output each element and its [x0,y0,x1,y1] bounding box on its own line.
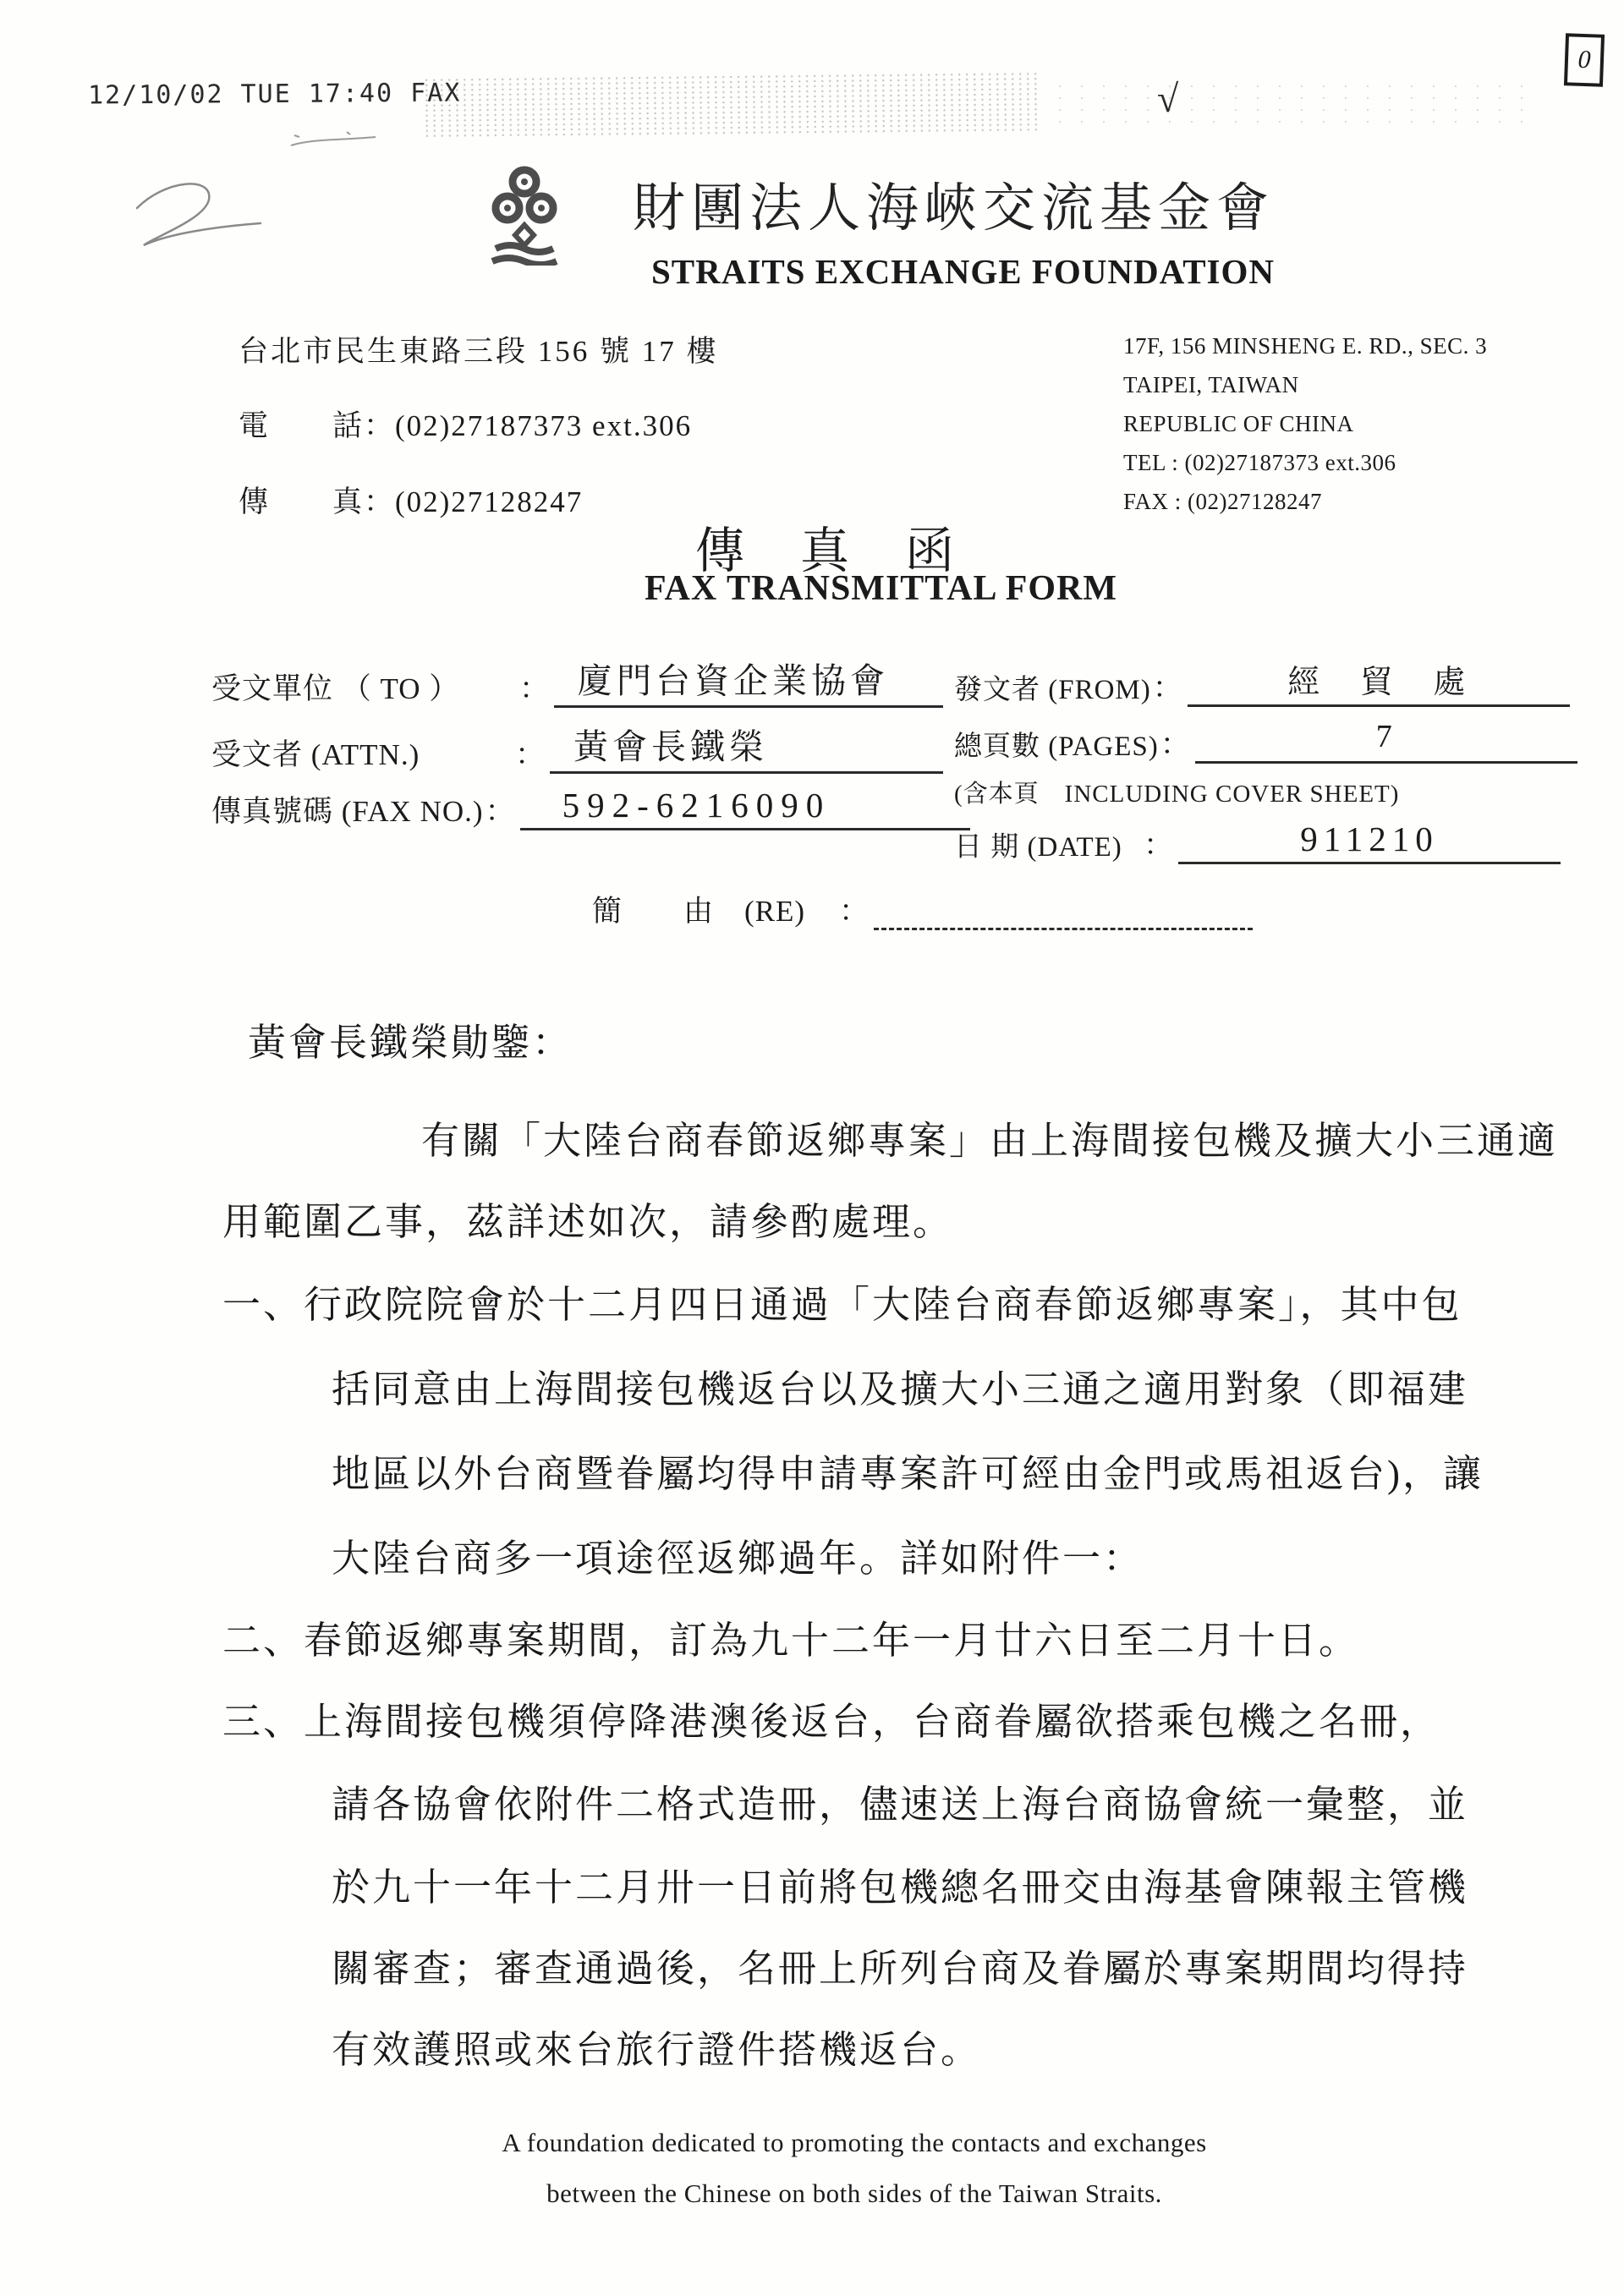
address-english-block: 17F, 156 MINSHENG E. RD., SEC. 3 TAIPEI,… [1123,326,1487,521]
pages-note: (含本頁 INCLUDING COVER SHEET) [954,775,1399,809]
org-name-chinese: 財團法人海峽交流基金會 [633,166,1275,241]
field-re-label: 簡 由 (RE) [592,888,837,930]
footer-motto-line2: between the Chinese on both sides of the… [51,2178,1624,2209]
body-line: 於九十一年十二月卅一日前將包機總名冊交由海基會陳報主管機 [332,1856,1468,1911]
field-to-colon: ： [518,666,554,708]
field-to-value: 廈門台資企業協會 [554,653,943,708]
scan-noise-specks [1049,80,1522,131]
field-date-value: 911210 [1178,819,1561,864]
field-attn-label: 受文者 (ATTN.) [211,732,513,774]
field-attn-value: 黃會長鐵榮 [550,719,943,774]
field-date: 日 期 (DATE) ： 911210 [954,819,1561,864]
field-pages-value: 7 [1195,718,1577,764]
field-pages: 總頁數 (PAGES) ： 7 [954,718,1577,764]
body-line: 有關「大陸台商春節返鄉專案」由上海間接包機及擴大小三通適 [421,1110,1558,1164]
field-attn-colon: ： [513,732,550,774]
salutation: 黃會長鐵榮勛鑒： [248,1011,573,1066]
field-date-colon: ： [1142,822,1178,864]
page-indicator-box: 0 [1564,33,1605,87]
field-attn: 受文者 (ATTN.) ： 黃會長鐵榮 [211,719,943,774]
field-from-value: 經 貿 處 [1188,655,1570,707]
field-re-colon: ： [837,888,874,930]
address-english-line4: TEL : (02)27187373 ext.306 [1123,443,1487,482]
footer-motto-line1: A foundation dedicated to promoting the … [51,2128,1624,2158]
address-english-line1: 17F, 156 MINSHENG E. RD., SEC. 3 [1123,326,1487,365]
field-from-label: 發文者 (FROM) [954,667,1151,707]
body-line: 關審查；審查通過後，名冊上所列台商及眷屬於專案期間均得持 [332,1937,1468,1992]
org-name-english: STRAITS EXCHANGE FOUNDATION [651,251,1275,292]
pencil-scribble [288,129,381,158]
field-fax-no-value: 592-6216090 [520,785,970,830]
body-line-item-3: 三、上海間接包機須停降港澳後返台，台商眷屬欲搭乘包機之名冊， [222,1690,1440,1745]
sef-logo [489,161,560,270]
field-fax-no-colon: ： [484,788,520,830]
field-from: 發文者 (FROM) ： 經 貿 處 [954,655,1570,707]
form-title-english: FAX TRANSMITTAL FORM [645,568,1117,609]
body-line: 地區以外台商暨眷屬均得申請專案許可經由金門或馬祖返台)，讓 [332,1443,1484,1498]
field-fax-no: 傳真號碼 (FAX NO.) ： 592-6216090 [211,785,970,830]
address-english-line3: REPUBLIC OF CHINA [1123,404,1487,443]
fax-chinese: 傳 真：(02)27128247 [239,479,583,521]
scan-noise-band [423,71,1041,139]
page-indicator-digit: 0 [1577,46,1591,75]
body-line: 請各協會依附件二格式造冊，儘速送上海台商協會統一彙整，並 [332,1773,1468,1828]
body-line: 用範圍乙事，茲詳述如次，請參酌處理。 [222,1191,953,1246]
field-re-value [874,885,1253,930]
address-english-line5: FAX : (02)27128247 [1123,482,1487,521]
field-date-label: 日 期 (DATE) [954,825,1142,864]
body-line: 括同意由上海間接包機返台以及擴大小三通之適用對象（即福建 [332,1358,1468,1413]
body-line: 有效護照或來台旅行證件搭機返台。 [332,2019,981,2074]
field-fax-no-label: 傳真號碼 (FAX NO.) [211,788,484,830]
field-re: 簡 由 (RE) ： [592,885,1253,930]
field-pages-colon: ： [1159,721,1195,764]
handwritten-2-mark [125,176,269,260]
address-english-line2: TAIPEI, TAIWAN [1123,365,1487,404]
field-pages-label: 總頁數 (PAGES) [954,724,1159,764]
body-line-item-1: 一、行政院院會於十二月四日通過「大陸台商春節返鄉專案」，其中包 [222,1274,1462,1329]
field-to-label: 受文單位 （ TO ） [211,666,518,708]
body-line-item-2: 二、春節返鄉專案期間，訂為九十二年一月廿六日至二月十日。 [222,1609,1359,1664]
address-chinese: 台北市民生東路三段 156 號 17 樓 [239,328,719,370]
fax-machine-timestamp: 12/10/02 TUE 17:40 FAX [88,78,462,110]
fax-cover-sheet-page: 12/10/02 TUE 17:40 FAX 0 √ [0,0,1624,2296]
field-from-colon: ： [1151,665,1188,707]
body-line: 大陸台商多一項途徑返鄉過年。詳如附件一： [332,1527,1144,1582]
handwritten-checkmark: √ [1157,76,1178,121]
tel-chinese: 電 話：(02)27187373 ext.306 [239,403,692,445]
field-to: 受文單位 （ TO ） ： 廈門台資企業協會 [211,653,943,708]
